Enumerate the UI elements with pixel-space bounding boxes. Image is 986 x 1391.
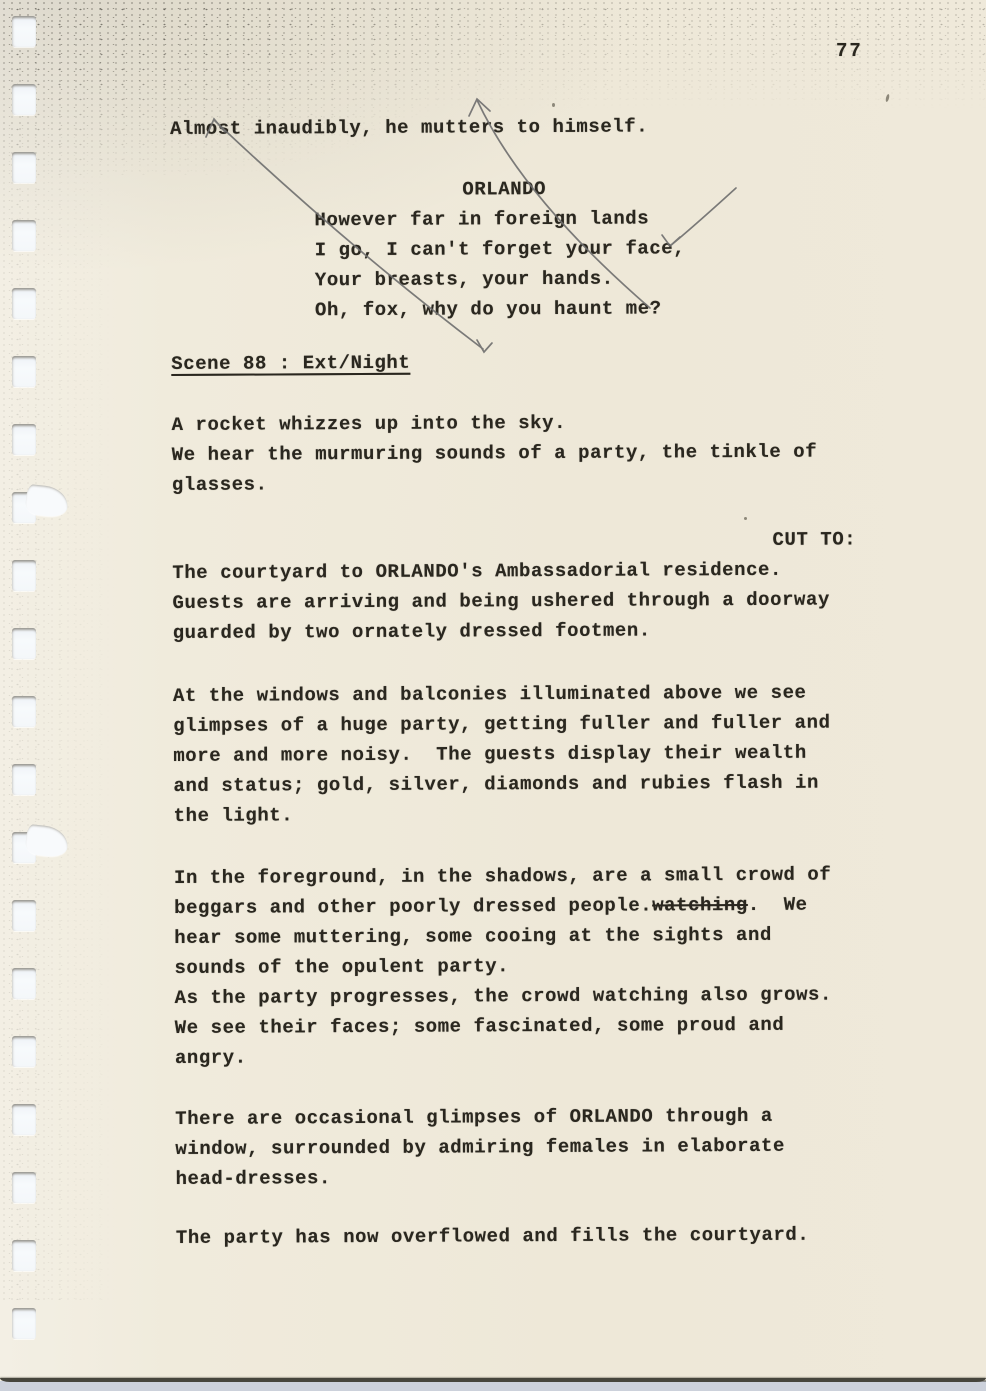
paper-bottom-edge xyxy=(0,1378,986,1382)
action-line: hear some muttering, some cooing at the … xyxy=(174,919,858,953)
action-line: A rocket whizzes up into the sky. xyxy=(172,406,856,440)
binder-hole xyxy=(12,16,36,47)
binder-hole xyxy=(12,696,36,727)
action-paragraph: A rocket whizzes up into the sky. We hea… xyxy=(172,406,856,500)
dialogue-line: Oh, fox, why do you haunt me? xyxy=(171,292,855,326)
photocopy-speck xyxy=(552,103,555,107)
action-line: The party has now overflowed and fills t… xyxy=(176,1219,860,1253)
action-line: sounds of the opulent party. xyxy=(174,949,858,983)
transition-text: CUT TO: xyxy=(172,524,856,558)
scene-heading: Scene 88 : Ext/Night xyxy=(171,345,855,379)
action-line: We hear the murmuring sounds of a party,… xyxy=(172,436,856,470)
action-paragraph: At the windows and balconies illuminated… xyxy=(173,677,858,831)
action-line: head-dresses. xyxy=(175,1160,859,1194)
binder-hole xyxy=(12,1172,36,1203)
text-after-strikeout: . We xyxy=(748,894,808,916)
dialogue-line: I go, I can't forget your face, xyxy=(171,232,855,266)
action-paragraph: In the foreground, in the shadows, are a… xyxy=(174,859,859,1073)
action-line: The courtyard to ORLANDO's Ambassadorial… xyxy=(172,554,856,588)
binder-hole xyxy=(12,288,36,319)
binder-hole xyxy=(12,1308,36,1339)
binder-hole xyxy=(12,560,36,591)
binder-hole xyxy=(12,152,36,183)
action-line: At the windows and balconies illuminated… xyxy=(173,677,857,711)
binder-hole xyxy=(12,764,36,795)
binder-hole xyxy=(12,1240,36,1271)
binding-holes xyxy=(0,0,70,1381)
script-text: Almost inaudibly, he mutters to himself.… xyxy=(169,0,860,1381)
binder-hole xyxy=(12,220,36,251)
action-line: Guests are arriving and being ushered th… xyxy=(172,584,856,618)
action-line: We see their faces; some fascinated, som… xyxy=(175,1009,859,1043)
binder-hole xyxy=(12,900,36,931)
binder-hole xyxy=(12,968,36,999)
action-line: window, surrounded by admiring females i… xyxy=(175,1130,859,1164)
action-paragraph: There are occasional glimpses of ORLANDO… xyxy=(175,1100,859,1194)
action-line: Almost inaudibly, he mutters to himself. xyxy=(170,110,854,144)
action-line: guarded by two ornately dressed footmen. xyxy=(173,614,857,648)
action-paragraph: Almost inaudibly, he mutters to himself. xyxy=(170,110,854,144)
dialogue-line: Your breasts, your hands. xyxy=(171,262,855,296)
binder-hole xyxy=(12,356,36,387)
binder-hole xyxy=(12,492,36,523)
dialogue-block: ORLANDO However far in foreign lands I g… xyxy=(170,172,855,326)
action-line: glasses. xyxy=(172,466,856,500)
struck-out-word: watching xyxy=(652,894,748,917)
binder-hole xyxy=(12,424,36,455)
action-line: angry. xyxy=(175,1039,859,1073)
scanned-page: 77 Almost inaudibly, he mutters to himse… xyxy=(0,0,986,1381)
binder-hole xyxy=(12,832,36,863)
binder-hole xyxy=(12,628,36,659)
photocopy-speck xyxy=(744,517,747,520)
action-line: There are occasional glimpses of ORLANDO… xyxy=(175,1100,859,1134)
action-line-with-strikeout: beggars and other poorly dressed people.… xyxy=(174,889,858,923)
action-line: and status; gold, silver, diamonds and r… xyxy=(173,767,857,801)
character-name: ORLANDO xyxy=(170,172,854,206)
binder-hole xyxy=(12,1104,36,1135)
transition: CUT TO: xyxy=(172,524,856,558)
binder-hole xyxy=(12,1036,36,1067)
action-line: In the foreground, in the shadows, are a… xyxy=(174,859,858,893)
action-paragraph: The party has now overflowed and fills t… xyxy=(176,1219,860,1253)
action-line: glimpses of a huge party, getting fuller… xyxy=(173,707,857,741)
binder-hole xyxy=(12,84,36,115)
text-before-strikeout: beggars and other poorly dressed people. xyxy=(174,894,652,919)
scene-heading-text: Scene 88 : Ext/Night xyxy=(171,352,410,375)
action-line: the light. xyxy=(174,797,858,831)
action-paragraph: The courtyard to ORLANDO's Ambassadorial… xyxy=(172,554,856,648)
action-line: more and more noisy. The guests display … xyxy=(173,737,857,771)
photocopy-speck xyxy=(885,94,890,102)
action-line: As the party progresses, the crowd watch… xyxy=(175,979,859,1013)
dialogue-line: However far in foreign lands xyxy=(170,202,854,236)
